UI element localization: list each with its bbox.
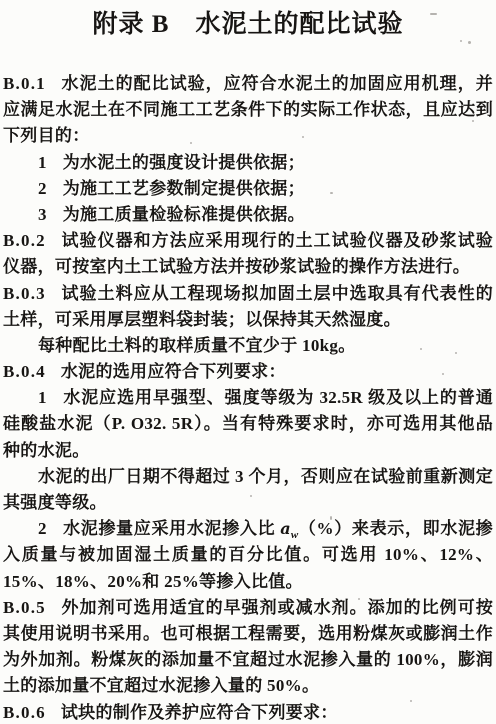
appendix-title: 附录 B 水泥土的配比试验	[0, 0, 496, 42]
text-line: 其强度等级。	[3, 490, 493, 516]
line-text: 试验仪器和方法应采用现行的土工试验仪器及砂浆试验	[61, 231, 493, 250]
line-text: 下列目的：	[3, 126, 90, 145]
text-line: 入质量与被加固湿土质量的百分比值。可选用 10%、12%、	[3, 542, 493, 568]
variable-base: a	[280, 519, 291, 538]
text-line: 2水泥掺量应采用水泥掺入比 aw（%）来表示，即水泥掺	[38, 516, 493, 542]
page-body: B.0.1水泥土的配比试验，应符合水泥土的加固应用机理，并应满足水泥土在不同施工…	[0, 42, 496, 724]
line-text: 外加剂可选用适宜的早强剂或减水剂。添加的比例可按	[61, 598, 493, 617]
line-text: 入质量与被加固湿土质量的百分比值。可选用 10%、12%、	[3, 545, 493, 564]
clause-number: B.0.1	[3, 74, 46, 93]
text-line: 为外加剂。粉煤灰的添加量不宜超过水泥掺入量的 100%，膨润	[3, 647, 493, 673]
clause-number: B.0.4	[3, 362, 46, 381]
clause-number: 3	[38, 205, 48, 224]
clause-number: B.0.6	[3, 703, 46, 722]
line-text: 每种配比土料的取样质量不宜少于 10kg。	[38, 336, 356, 355]
variable-subscript: w	[291, 529, 299, 541]
line-text: 其强度等级。	[3, 493, 107, 512]
line-text: 15%、18%、20%和 25%等掺入比值。	[3, 572, 303, 591]
line-text: 试块的制作及养护应符合下列要求：	[61, 703, 338, 722]
line-text: 水泥应选用早强型、强度等级为 32.5R 级及以上的普通	[63, 388, 493, 407]
line-text: （%）来表示，即水泥掺	[299, 519, 494, 538]
variable-alpha-w: aw	[280, 519, 298, 538]
text-line: B.0.6试块的制作及养护应符合下列要求：	[3, 700, 493, 724]
line-text: 水泥的出厂日期不得超过 3 个月，否则应在试验前重新测定	[38, 467, 493, 486]
line-text: 为施工工艺参数制定提供依据；	[63, 179, 305, 198]
scanned-page: 附录 B 水泥土的配比试验 B.0.1水泥土的配比试验，应符合水泥土的加固应用机…	[0, 0, 496, 724]
clause-number: B.0.2	[3, 231, 46, 250]
clause-number: 1	[38, 388, 48, 407]
text-line: 下列目的：	[3, 123, 493, 149]
text-line: 水泥的出厂日期不得超过 3 个月，否则应在试验前重新测定	[38, 464, 493, 490]
text-line: 每种配比土料的取样质量不宜少于 10kg。	[38, 333, 493, 359]
line-text: 水泥土的配比试验，应符合水泥土的加固应用机理，并	[61, 74, 493, 93]
text-line: 硅酸盐水泥（P. O32. 5R）。当有特殊要求时，亦可选用其他品	[3, 411, 493, 437]
text-line: B.0.5外加剂可选用适宜的早强剂或减水剂。添加的比例可按	[3, 595, 493, 621]
line-text: 为外加剂。粉煤灰的添加量不宜超过水泥掺入量的 100%，膨润	[3, 650, 493, 669]
clause-number: B.0.5	[3, 598, 46, 617]
line-text: 种的水泥。	[3, 441, 90, 460]
clause-number: 1	[38, 153, 48, 172]
text-line: 仪器，可按室内土工试验方法并按砂浆试验的操作方法进行。	[3, 254, 493, 280]
line-text: 水泥掺量应采用水泥掺入比	[63, 519, 280, 538]
line-text: 为水泥土的强度设计提供依据；	[63, 153, 305, 172]
text-line: 种的水泥。	[3, 438, 493, 464]
clause-number: B.0.3	[3, 284, 46, 303]
text-line: 土样，可采用厚层塑料袋封装；以保持其天然湿度。	[3, 307, 493, 333]
text-line: 应满足水泥土在不同施工工艺条件下的实际工作状态，且应达到	[3, 97, 493, 123]
text-line: B.0.2试验仪器和方法应采用现行的土工试验仪器及砂浆试验	[3, 228, 493, 254]
clause-number: 2	[38, 519, 48, 538]
text-line: 其使用说明书采用。也可根据工程需要，选用粉煤灰或膨润土作	[3, 621, 493, 647]
line-text: 土样，可采用厚层塑料袋封装；以保持其天然湿度。	[3, 310, 401, 329]
line-text: 试验土料应从工程现场拟加固土层中选取具有代表性的	[61, 284, 493, 303]
line-text: 其使用说明书采用。也可根据工程需要，选用粉煤灰或膨润土作	[3, 624, 493, 643]
line-text: 水泥的选用应符合下列要求：	[61, 362, 286, 381]
line-text: 为施工质量检验标准提供依据。	[63, 205, 305, 224]
text-line: B.0.1水泥土的配比试验，应符合水泥土的加固应用机理，并	[3, 71, 493, 97]
text-line: B.0.3试验土料应从工程现场拟加固土层中选取具有代表性的	[3, 281, 493, 307]
text-line: B.0.4水泥的选用应符合下列要求：	[3, 359, 493, 385]
text-line: 2为施工工艺参数制定提供依据；	[38, 176, 493, 202]
clause-number: 2	[38, 179, 48, 198]
text-line: 土的添加量不宜超过水泥掺入量的 50%。	[3, 673, 493, 699]
text-line: 15%、18%、20%和 25%等掺入比值。	[3, 569, 493, 595]
line-text: 应满足水泥土在不同施工工艺条件下的实际工作状态，且应达到	[3, 100, 493, 119]
text-line: 3为施工质量检验标准提供依据。	[38, 202, 493, 228]
line-text: 土的添加量不宜超过水泥掺入量的 50%。	[3, 676, 319, 695]
line-text: 仪器，可按室内土工试验方法并按砂浆试验的操作方法进行。	[3, 257, 470, 276]
text-line: 1水泥应选用早强型、强度等级为 32.5R 级及以上的普通	[38, 385, 493, 411]
line-text: 硅酸盐水泥（P. O32. 5R）。当有特殊要求时，亦可选用其他品	[3, 414, 493, 433]
text-line: 1为水泥土的强度设计提供依据；	[38, 150, 493, 176]
